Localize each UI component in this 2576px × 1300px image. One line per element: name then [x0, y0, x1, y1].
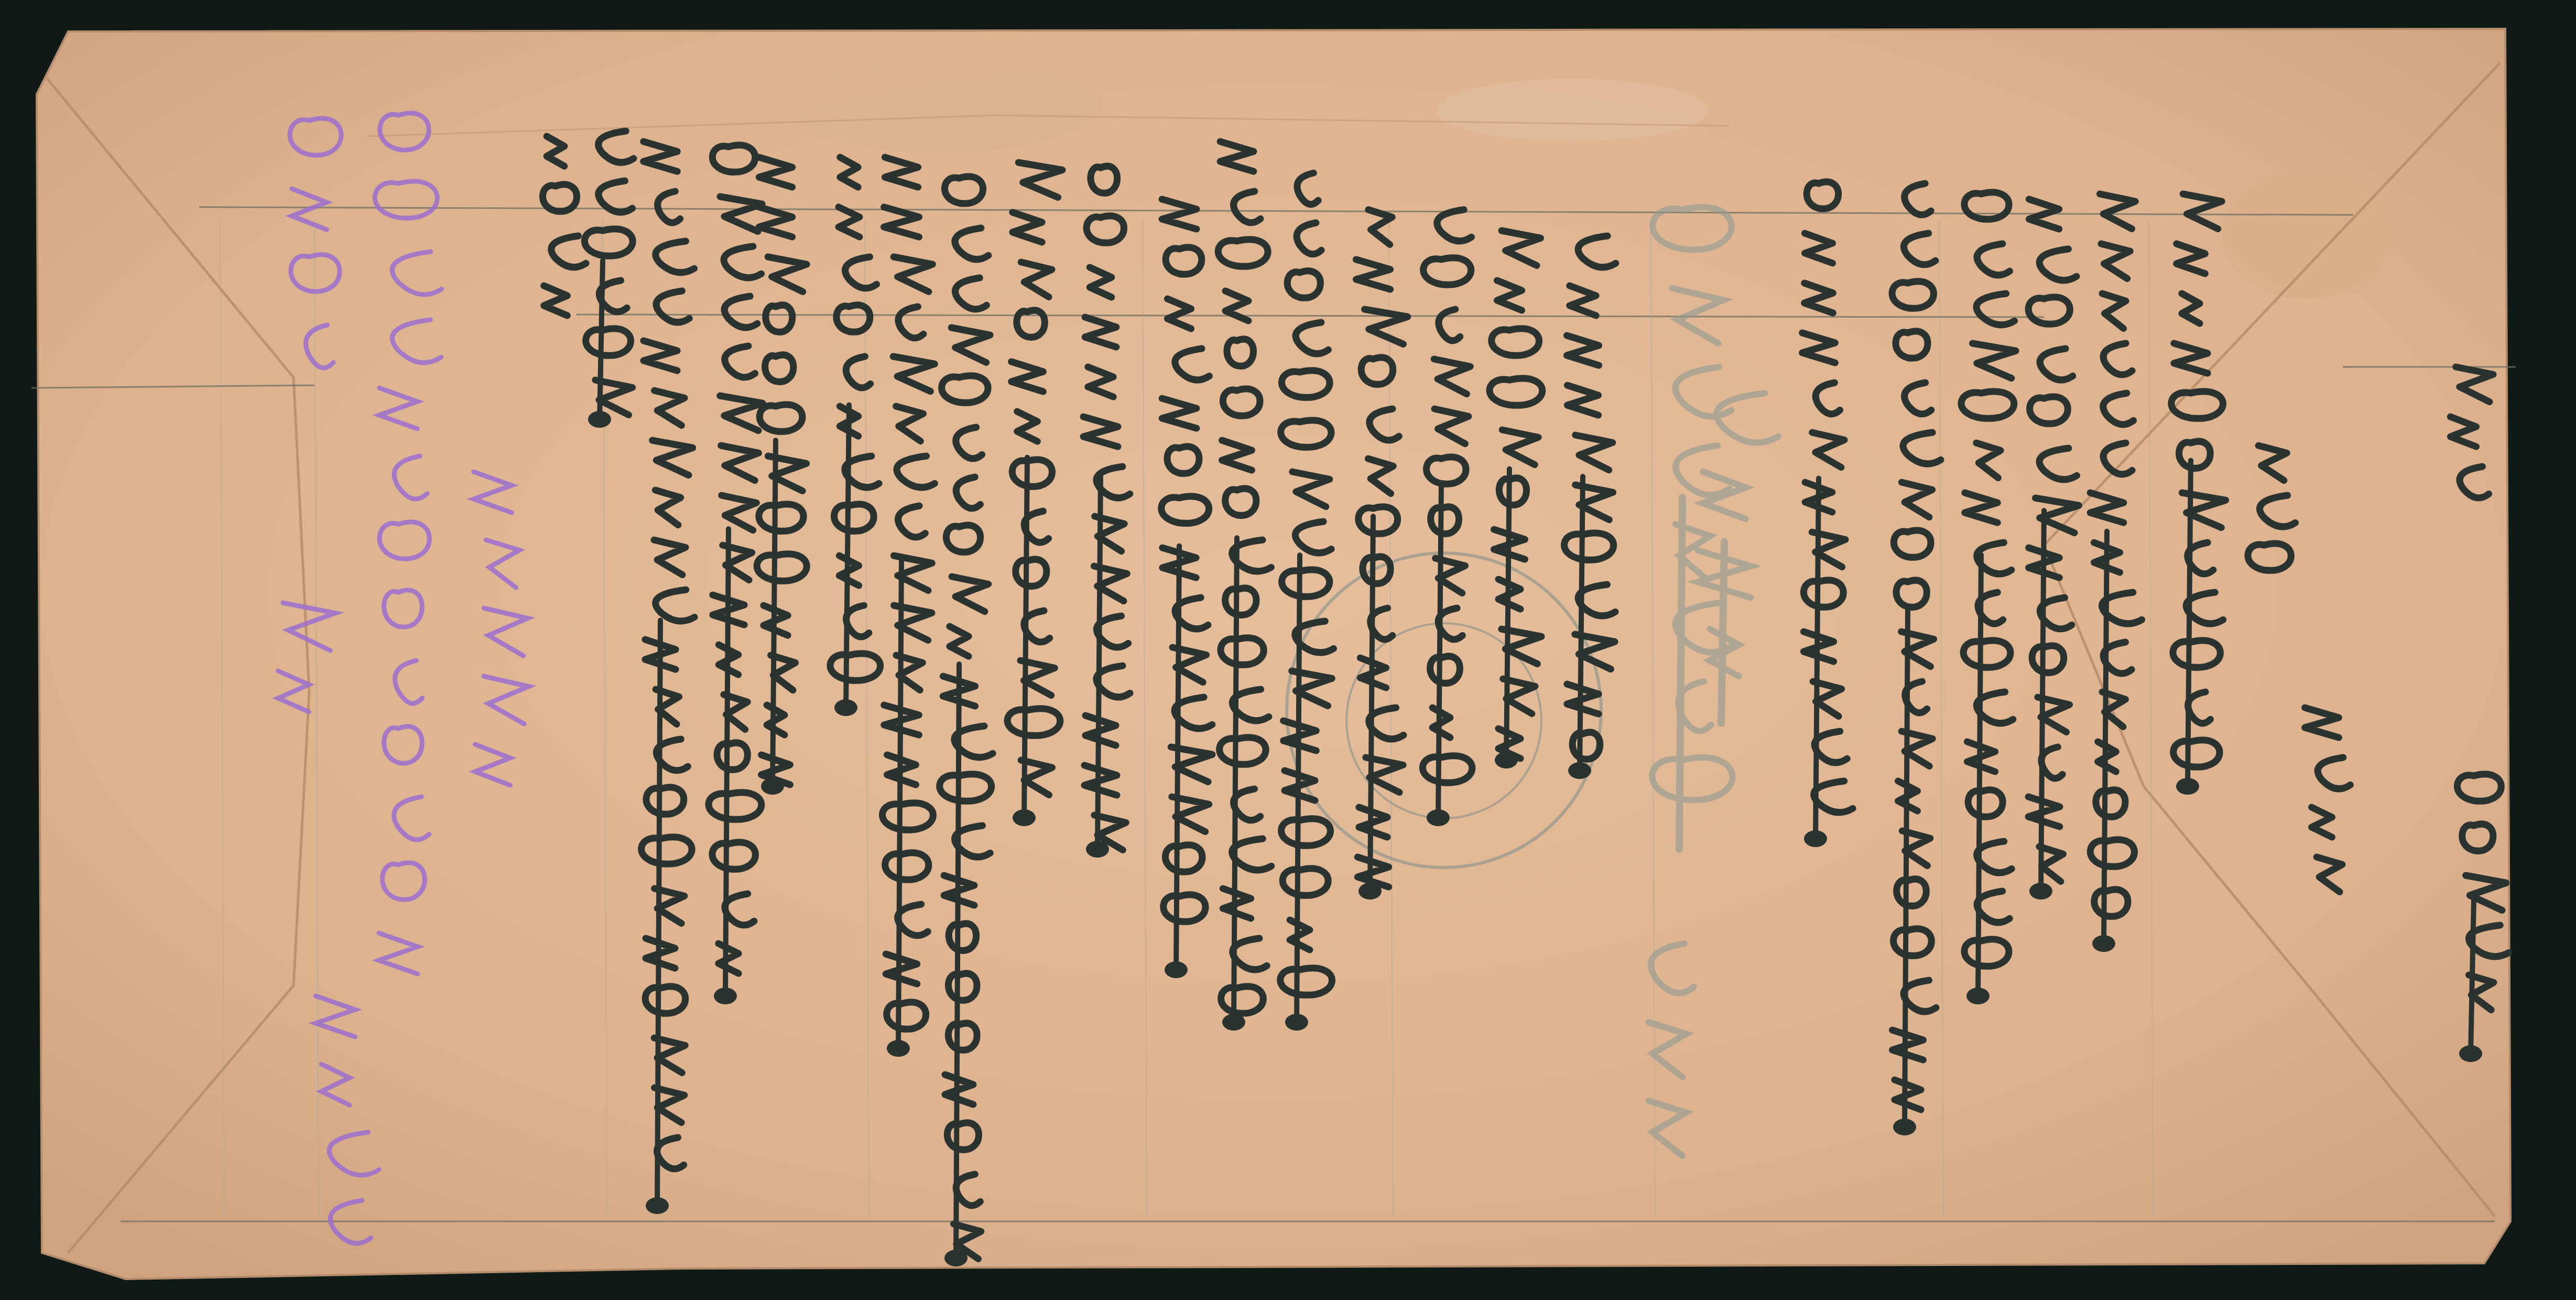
ink-blot: [1804, 830, 1827, 847]
ink-blot: [2029, 883, 2052, 900]
tail-stroke: [773, 440, 776, 786]
tail-stroke: [1580, 476, 1583, 771]
tail-stroke: [1721, 542, 1724, 724]
tail-stroke: [2471, 901, 2474, 1054]
ink-blot: [1495, 752, 1518, 768]
tail-stroke: [1024, 458, 1027, 818]
ink-blot: [1086, 841, 1109, 858]
tail-stroke: [1506, 469, 1509, 761]
tail-stroke: [1176, 546, 1179, 970]
tail-stroke: [1978, 555, 1981, 996]
envelope-scan: [0, 0, 2576, 1300]
ink-blot: [1222, 1014, 1245, 1031]
ink-blot: [588, 411, 611, 428]
ink-blot: [1568, 762, 1591, 779]
ink-blot: [1966, 988, 1990, 1004]
ink-blot: [2092, 935, 2115, 952]
ink-blot: [1427, 809, 1450, 826]
tail-stroke: [846, 405, 849, 708]
ink-blot: [1285, 1014, 1308, 1031]
ink-blot: [2176, 778, 2199, 795]
ink-blot: [2459, 1045, 2482, 1062]
tail-stroke: [1297, 555, 1300, 1022]
ink-blot: [646, 1197, 669, 1214]
ink-blot: [1358, 883, 1382, 900]
ink-blot: [1893, 1119, 1916, 1135]
tail-stroke: [1097, 474, 1101, 849]
tail-stroke: [2041, 511, 2044, 891]
tail-stroke: [2104, 532, 2107, 944]
tail-stroke: [956, 664, 959, 1258]
tail-stroke: [725, 529, 729, 996]
tail-stroke: [1438, 483, 1441, 818]
ink-blot: [1013, 809, 1036, 826]
tail-stroke: [2188, 461, 2191, 787]
tail-stroke: [1679, 497, 1682, 849]
ink-blot: [834, 699, 857, 716]
ink-blot: [761, 778, 784, 795]
ink-blot: [714, 988, 737, 1004]
tail-stroke: [1816, 479, 1819, 839]
tail-stroke: [1234, 538, 1237, 1022]
tail-stroke: [1370, 516, 1373, 891]
tail-stroke: [898, 558, 901, 1048]
envelope-photo: [0, 0, 2576, 1300]
tail-stroke: [657, 621, 660, 1206]
ink-blot: [944, 1250, 968, 1266]
tail-stroke: [1905, 608, 1908, 1127]
ink-blot: [1165, 961, 1188, 978]
ink-blot: [887, 1040, 910, 1057]
tail-stroke: [600, 261, 603, 420]
